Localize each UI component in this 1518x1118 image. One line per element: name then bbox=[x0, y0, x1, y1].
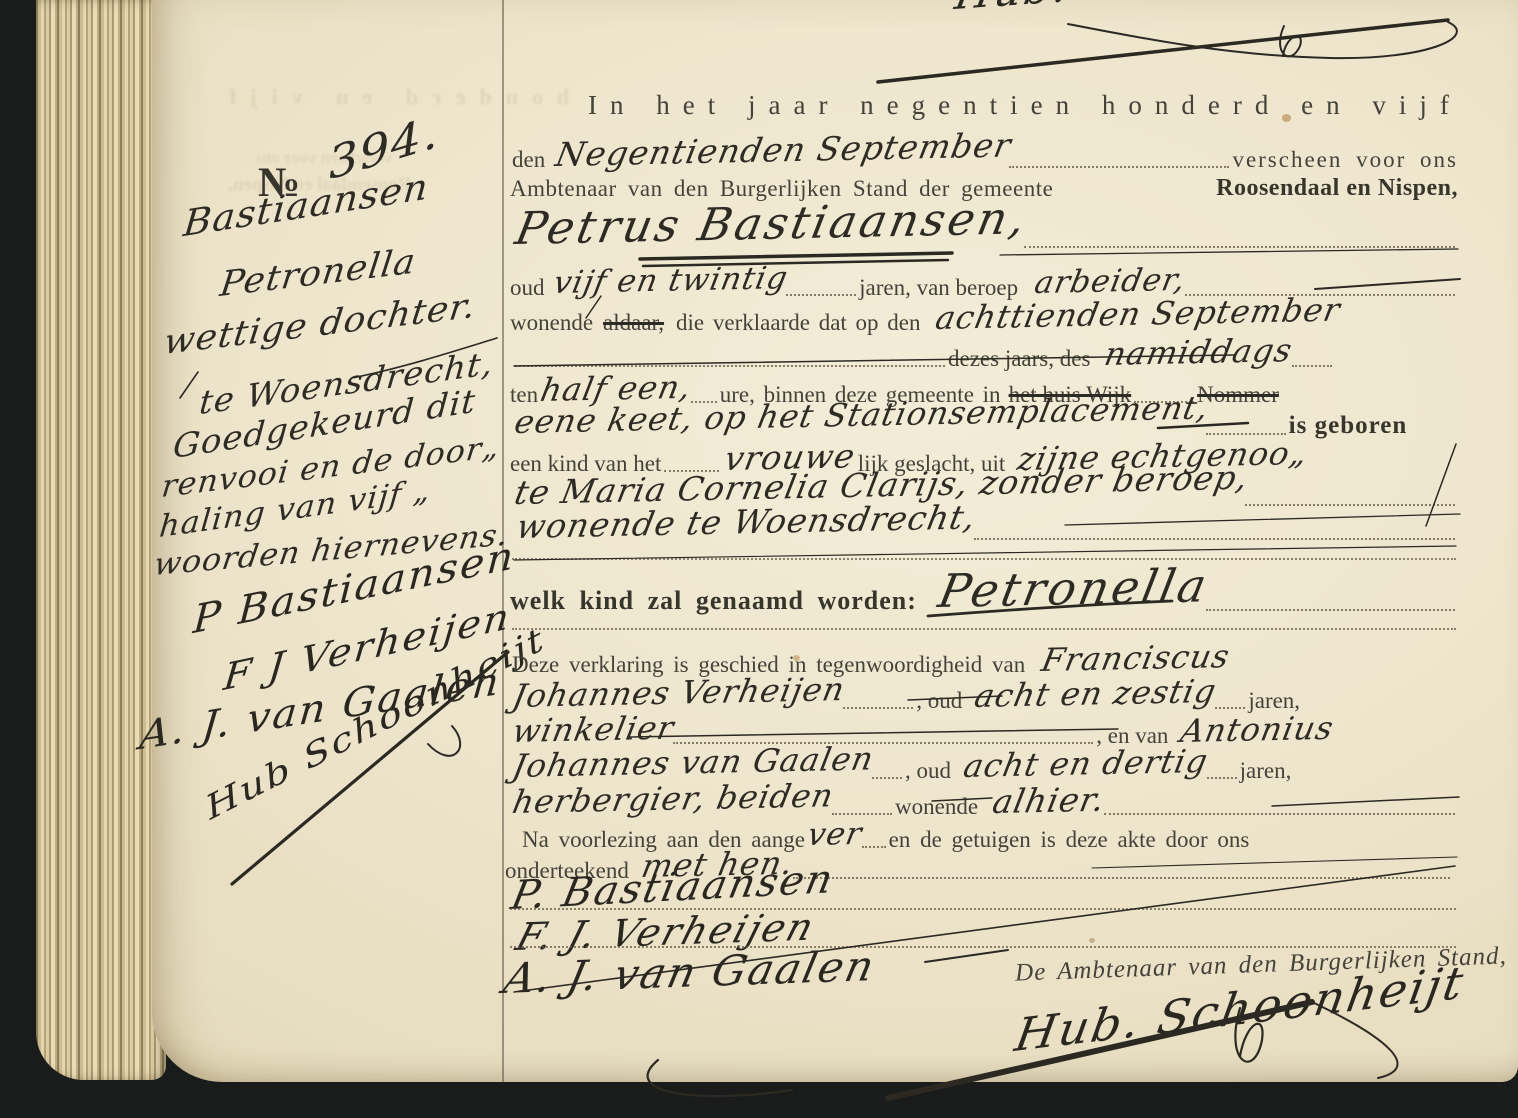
witness-residence-value: alhier. bbox=[990, 783, 1108, 818]
date-pre-label: den bbox=[512, 148, 545, 171]
jaren-label: jaren, bbox=[1248, 689, 1300, 712]
declarant-name-value: Petrus Bastiaansen, bbox=[512, 195, 1032, 251]
witness2-profession-value: herbergier, beiden bbox=[510, 779, 837, 818]
date-post-label: verscheen voor ons bbox=[1232, 148, 1458, 171]
witness1-profession-value: winkelier bbox=[510, 712, 677, 747]
residence-pre-label: wonende bbox=[510, 311, 593, 334]
age-pre-label: oud bbox=[510, 276, 545, 299]
year-mid-label: dezes jaars, des bbox=[948, 347, 1090, 370]
oud-label: , oud bbox=[905, 759, 951, 782]
wonende-label: wonende bbox=[895, 795, 978, 818]
year-line: In het jaar negentien honderd en vijf bbox=[588, 92, 1462, 119]
jaren-label: jaren, bbox=[1240, 759, 1292, 782]
witness1-name-value: Johannes Verheijen bbox=[510, 673, 848, 712]
municipality-name: Roosendaal en Nispen, bbox=[1216, 176, 1458, 200]
act-signature-witness2: A. J. van Gaalen bbox=[500, 945, 879, 1000]
daypart-value: namiddags bbox=[1102, 334, 1295, 370]
closing-hw-fragment: ver bbox=[805, 819, 865, 851]
age-post-label: jaren, van beroep bbox=[859, 276, 1018, 299]
child-name-value: Petronella bbox=[935, 562, 1213, 614]
witness1-firstname-value: Franciscus bbox=[1039, 640, 1233, 676]
bleedthrough-text: honderd en vijf bbox=[215, 84, 569, 110]
child-name-label: welk kind zal genaamd worden: bbox=[510, 588, 917, 614]
blank-fill-line bbox=[512, 628, 1456, 630]
closing-post-label: en de getuigen is deze akte door ons bbox=[889, 828, 1250, 851]
date-value: Negentienden September bbox=[553, 129, 1014, 171]
signature-line bbox=[510, 946, 1456, 948]
witness1-age-value: acht en zestig bbox=[972, 675, 1219, 712]
age-value: vijf en twintig bbox=[551, 263, 791, 299]
mother-residence-value: wonende te Woensdrecht, bbox=[514, 500, 979, 543]
blank-fill-line bbox=[512, 558, 1456, 560]
oud-label: , oud bbox=[916, 689, 962, 712]
witness2-age-value: acht en dertig bbox=[961, 745, 1211, 782]
residence-struck-word: aldaar, bbox=[603, 311, 664, 334]
scanned-register-page: honderd en vijf verscheen voor ons Roose… bbox=[0, 0, 1518, 1118]
declared-mid-label: die verklaarde dat op den bbox=[676, 311, 920, 334]
book-page-edges bbox=[36, 0, 166, 1080]
paper-stain bbox=[1089, 938, 1095, 943]
birthdate-value: achttienden September bbox=[933, 294, 1343, 334]
